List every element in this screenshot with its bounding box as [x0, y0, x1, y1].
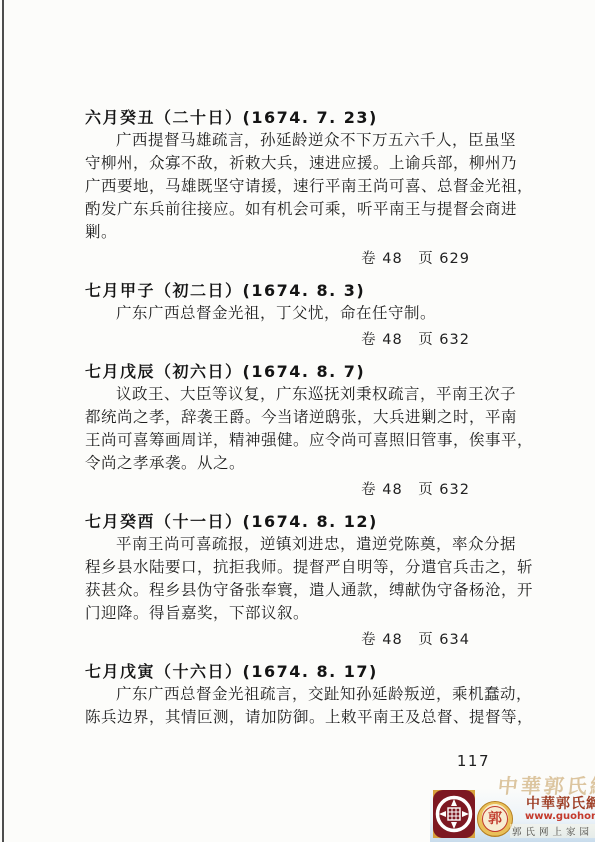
body-line: 门迎降。得旨嘉奖，下部议叙。 — [85, 602, 513, 625]
body-line: 剿。 — [85, 221, 513, 244]
watermark-logo: 中華郭氏網 郭 — [430, 770, 595, 842]
site-name: 中華郭氏網 — [526, 793, 595, 813]
entry: 七月戊辰（初六日）(1674. 8. 7) 议政王、大臣等议复，广东巡抚刘秉权疏… — [85, 360, 513, 502]
entry-heading: 七月戊辰（初六日）(1674. 8. 7) — [85, 360, 513, 383]
scanned-book-page: 六月癸丑（二十日）(1674. 7. 23) 广西提督马雄疏言，孙延龄逆众不下万… — [0, 0, 595, 842]
entry-heading: 七月戊寅（十六日）(1674. 8. 17) — [85, 660, 513, 683]
body-line: 守柳州，众寡不敌，祈敕大兵，速进应援。上谕兵部，柳州乃 — [85, 152, 513, 175]
entry: 六月癸丑（二十日）(1674. 7. 23) 广西提督马雄疏言，孙延龄逆众不下万… — [85, 106, 513, 271]
entry-heading: 七月癸酉（十一日）(1674. 8. 12) — [85, 510, 513, 533]
watermark-text-block: 中華郭氏網 www.guohome.org 郭氏网上家园 — [430, 770, 595, 842]
entry-heading: 六月癸丑（二十日）(1674. 7. 23) — [85, 106, 513, 129]
citation: 卷 48 页 632 — [85, 329, 513, 352]
citation: 卷 48 页 632 — [85, 479, 513, 502]
entry: 七月甲子（初二日）(1674. 8. 3) 广东广西总督金光祖，丁父忧，命在任守… — [85, 279, 513, 352]
citation: 卷 48 页 634 — [85, 629, 513, 652]
entry: 七月癸酉（十一日）(1674. 8. 12) 平南王尚可喜疏报，逆镇刘进忠，遣逆… — [85, 510, 513, 652]
body-line: 王尚可喜筹画周详，精神强健。应令尚可喜照旧管事，俟事平， — [85, 429, 513, 452]
body-line: 程乡县水陆要口，抗拒我师。提督严自明等，分遣官兵击之，斩 — [85, 556, 513, 579]
entry: 七月戊寅（十六日）(1674. 8. 17) 广东广西总督金光祖疏言，交趾知孙延… — [85, 660, 513, 729]
citation: 卷 48 页 629 — [85, 248, 513, 271]
body-line: 广东广西总督金光祖，丁父忧，命在任守制。 — [85, 302, 513, 325]
body-line: 广西提督马雄疏言，孙延龄逆众不下万五六千人，臣虽坚 — [85, 129, 513, 152]
page-number: 117 — [457, 752, 490, 770]
body-line: 议政王、大臣等议复，广东巡抚刘秉权疏言，平南王次子 — [85, 383, 513, 406]
site-tagline: 郭氏网上家园 — [510, 824, 595, 838]
body-line: 酌发广东兵前往接应。如有机会可乘，听平南王与提督会商进 — [85, 198, 513, 221]
entry-heading: 七月甲子（初二日）(1674. 8. 3) — [85, 279, 513, 302]
body-line: 广东广西总督金光祖疏言，交趾知孙延龄叛逆，乘机蠢动， — [85, 683, 513, 706]
body-line: 广西要地，马雄既坚守请援，速行平南王尚可喜、总督金光祖， — [85, 175, 513, 198]
site-url: www.guohome.org — [525, 811, 595, 822]
body-line: 陈兵边界，其情叵测，请加防御。上敕平南王及总督、提督等， — [85, 706, 513, 729]
body-line: 都统尚之孝，辞袭王爵。今当诸逆鸱张，大兵进剿之时，平南 — [85, 406, 513, 429]
body-line: 令尚之孝承袭。从之。 — [85, 452, 513, 475]
text-block: 六月癸丑（二十日）(1674. 7. 23) 广西提督马雄疏言，孙延龄逆众不下万… — [85, 106, 513, 729]
body-line: 平南王尚可喜疏报，逆镇刘进忠，遣逆党陈奠，率众分据 — [85, 533, 513, 556]
scan-edge-artifact — [2, 0, 4, 842]
body-line: 获甚众。程乡县伪守备张奉寰，遣人通款，缚献伪守备杨沧，开 — [85, 579, 513, 602]
